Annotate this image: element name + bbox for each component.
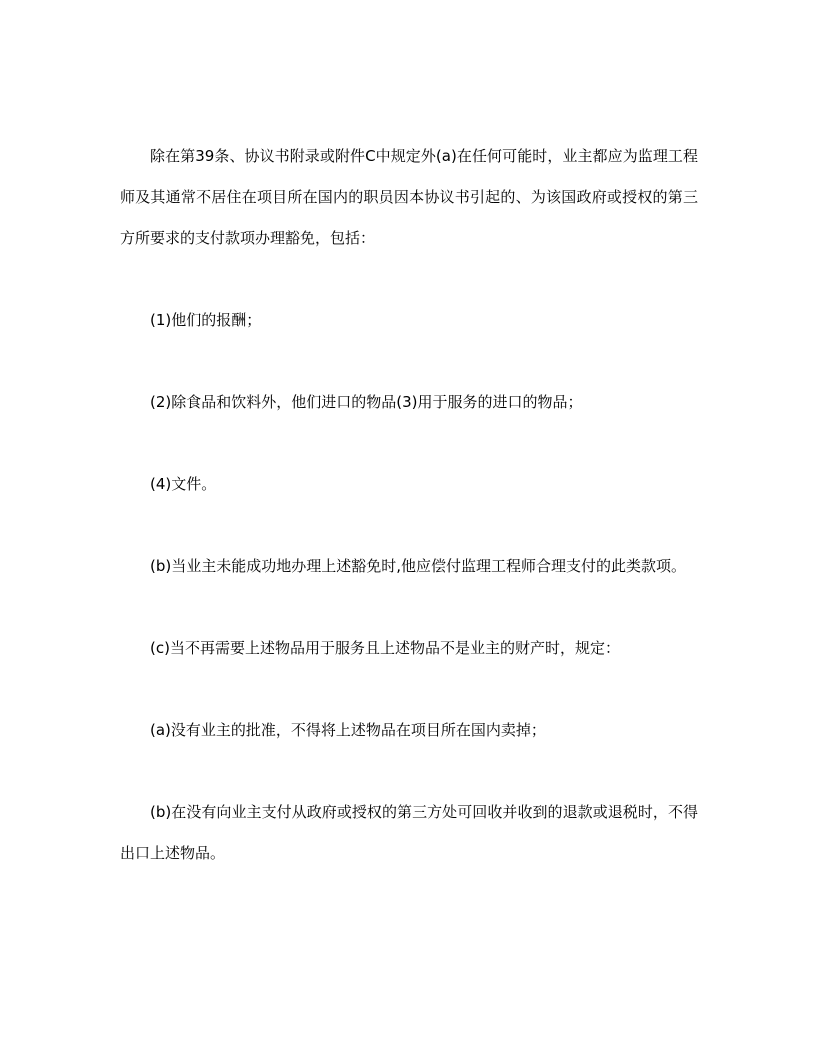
paragraph-a-no-sale: (a)没有业主的批准，不得将上述物品在项目所在国内卖掉； xyxy=(120,710,698,751)
paragraph-b-no-export: (b)在没有向业主支付从政府或授权的第三方处可回收并收到的退款或退税时，不得出口… xyxy=(120,792,698,874)
spacer xyxy=(120,505,698,546)
document-page: 除在第39条、协议书附录或附件C中规定外(a)在任何可能时，业主都应为监理工程师… xyxy=(120,136,698,874)
paragraph-item-2-3: (2)除食品和饮料外，他们进口的物品(3)用于服务的进口的物品； xyxy=(120,382,698,423)
spacer xyxy=(120,669,698,710)
spacer xyxy=(120,751,698,792)
paragraph-item-4: (4)文件。 xyxy=(120,464,698,505)
spacer xyxy=(120,341,698,382)
paragraph-exemption-intro: 除在第39条、协议书附录或附件C中规定外(a)在任何可能时，业主都应为监理工程师… xyxy=(120,136,698,259)
spacer xyxy=(120,259,698,300)
paragraph-c-provisions: (c)当不再需要上述物品用于服务且上述物品不是业主的财产时，规定： xyxy=(120,628,698,669)
spacer xyxy=(120,587,698,628)
paragraph-b-reimbursement: (b)当业主未能成功地办理上述豁免时,他应偿付监理工程师合理支付的此类款项。 xyxy=(120,546,698,587)
spacer xyxy=(120,423,698,464)
paragraph-item-1: (1)他们的报酬； xyxy=(120,300,698,341)
